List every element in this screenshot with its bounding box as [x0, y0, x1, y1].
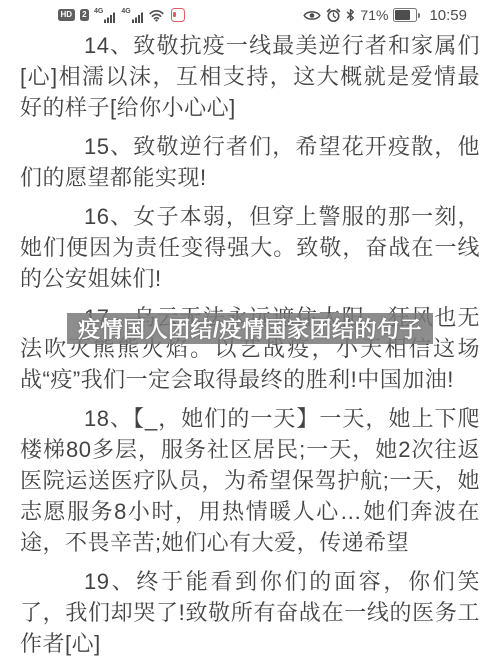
quote-item-14: 14、致敬抗疫一线最美逆行者和家属们[心]相濡以沫，互相支持，这大概就是爱情最好…: [20, 30, 480, 123]
battery-fill: [395, 10, 409, 20]
network-type-label-2: 4G: [121, 8, 130, 15]
status-time: 10:59: [429, 7, 467, 24]
quote-item-15: 15、致敬逆行者们，希望花开疫散，他们的愿望都能实现!: [20, 131, 480, 193]
quote-item-18: 18、【_，她们的一天】一天，她上下爬楼梯80多层，服务社区居民;一天，她2次往…: [20, 403, 480, 558]
article-title-overlay: 疫情国人团结/疫情国家团结的句子: [67, 313, 433, 344]
signal-bars-icon: [132, 11, 144, 23]
hd-badge-icon: HD: [58, 9, 75, 21]
status-bar: HD 2 4G 4G: [0, 0, 500, 28]
eye-comfort-icon: [303, 9, 321, 22]
phone-screenshot: { "status_bar": { "hd_badge": "HD", "sim…: [0, 0, 500, 666]
battery-percent-label: 71%: [360, 7, 388, 23]
sim2-badge-icon: 2: [80, 9, 89, 21]
status-bar-left: HD 2 4G 4G: [58, 8, 185, 23]
wifi-icon: [149, 9, 164, 22]
battery-icon: [393, 8, 420, 22]
screen-record-icon: [171, 8, 185, 22]
signal-bars-icon: [104, 11, 116, 23]
cellular-signal-2-icon: 4G: [121, 8, 143, 23]
quote-item-16: 16、女子本弱，但穿上警服的那一刻，她们便因为责任变得强大。致敬，奋战在一线的公…: [20, 201, 480, 294]
network-type-label-1: 4G: [94, 8, 103, 15]
cellular-signal-1-icon: 4G: [94, 8, 116, 23]
quote-item-19: 19、终于能看到你们的面容，你们笑了，我们却哭了!致敬所有奋战在一线的医务工作者…: [20, 566, 480, 659]
alarm-clock-icon: [326, 8, 341, 23]
status-bar-right: 71% 10:59: [303, 7, 467, 24]
bluetooth-icon: [346, 8, 355, 22]
